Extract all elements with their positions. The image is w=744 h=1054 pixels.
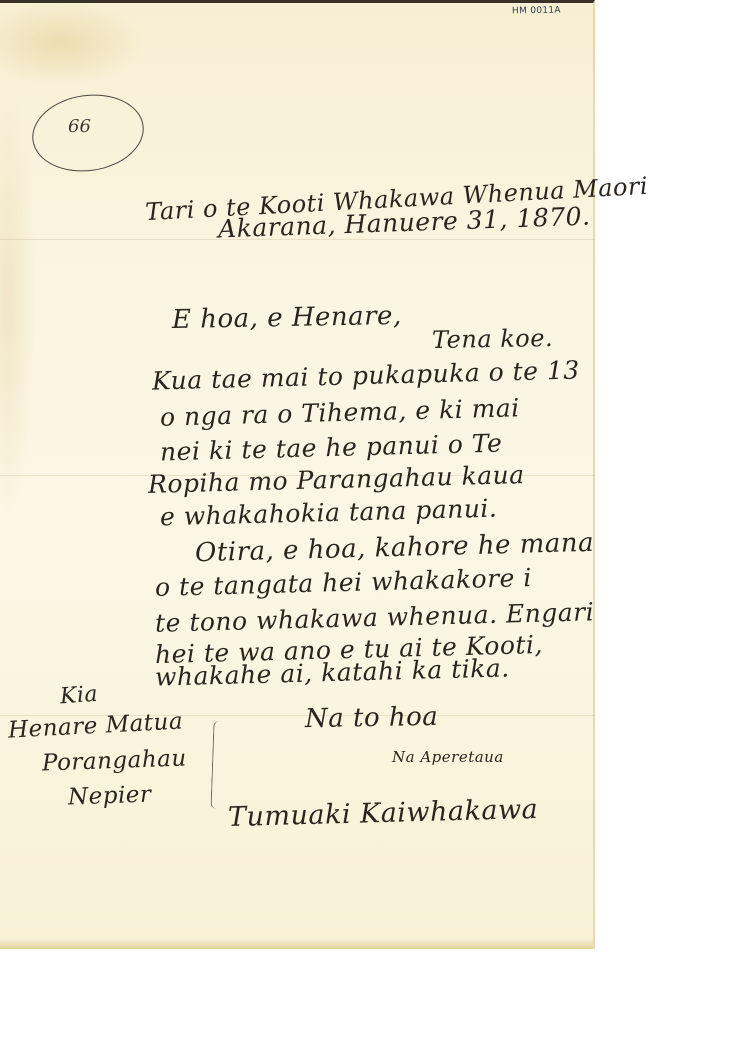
body-line: nei ki te tae he panui o Te xyxy=(160,429,503,467)
body-line: o nga ra o Tihema, e ki mai xyxy=(160,393,520,431)
address-brace xyxy=(210,721,228,809)
address-line: Porangahau xyxy=(42,745,188,776)
greeting: Tena koe. xyxy=(432,324,554,354)
address-line: Henare Matua xyxy=(7,708,183,743)
body-line: o te tangata hei whakakore i xyxy=(155,563,532,602)
body-line: Kua tae mai to pukapuka o te 13 xyxy=(152,355,580,395)
closing: Na to hoa xyxy=(305,702,439,734)
address-via: Kia xyxy=(59,682,99,710)
body-line: e whakahokia tana panui. xyxy=(160,494,498,532)
accession-number: HM 0011A xyxy=(512,6,561,17)
salutation: E hoa, e Henare, xyxy=(172,301,402,335)
signature: Tumuaki Kaiwhakawa xyxy=(228,794,539,833)
body-line: Ropiha mo Parangahau kaua xyxy=(148,460,525,499)
folio-number: 66 xyxy=(68,116,91,137)
address-line: Nepier xyxy=(68,782,152,811)
signature-prefix: Na Aperetaua xyxy=(392,748,504,766)
body-line: Otira, e hoa, kahore he mana xyxy=(195,528,595,568)
letter-page: HM 0011A 66 Tari o te Kooti Whakawa When… xyxy=(0,0,595,949)
